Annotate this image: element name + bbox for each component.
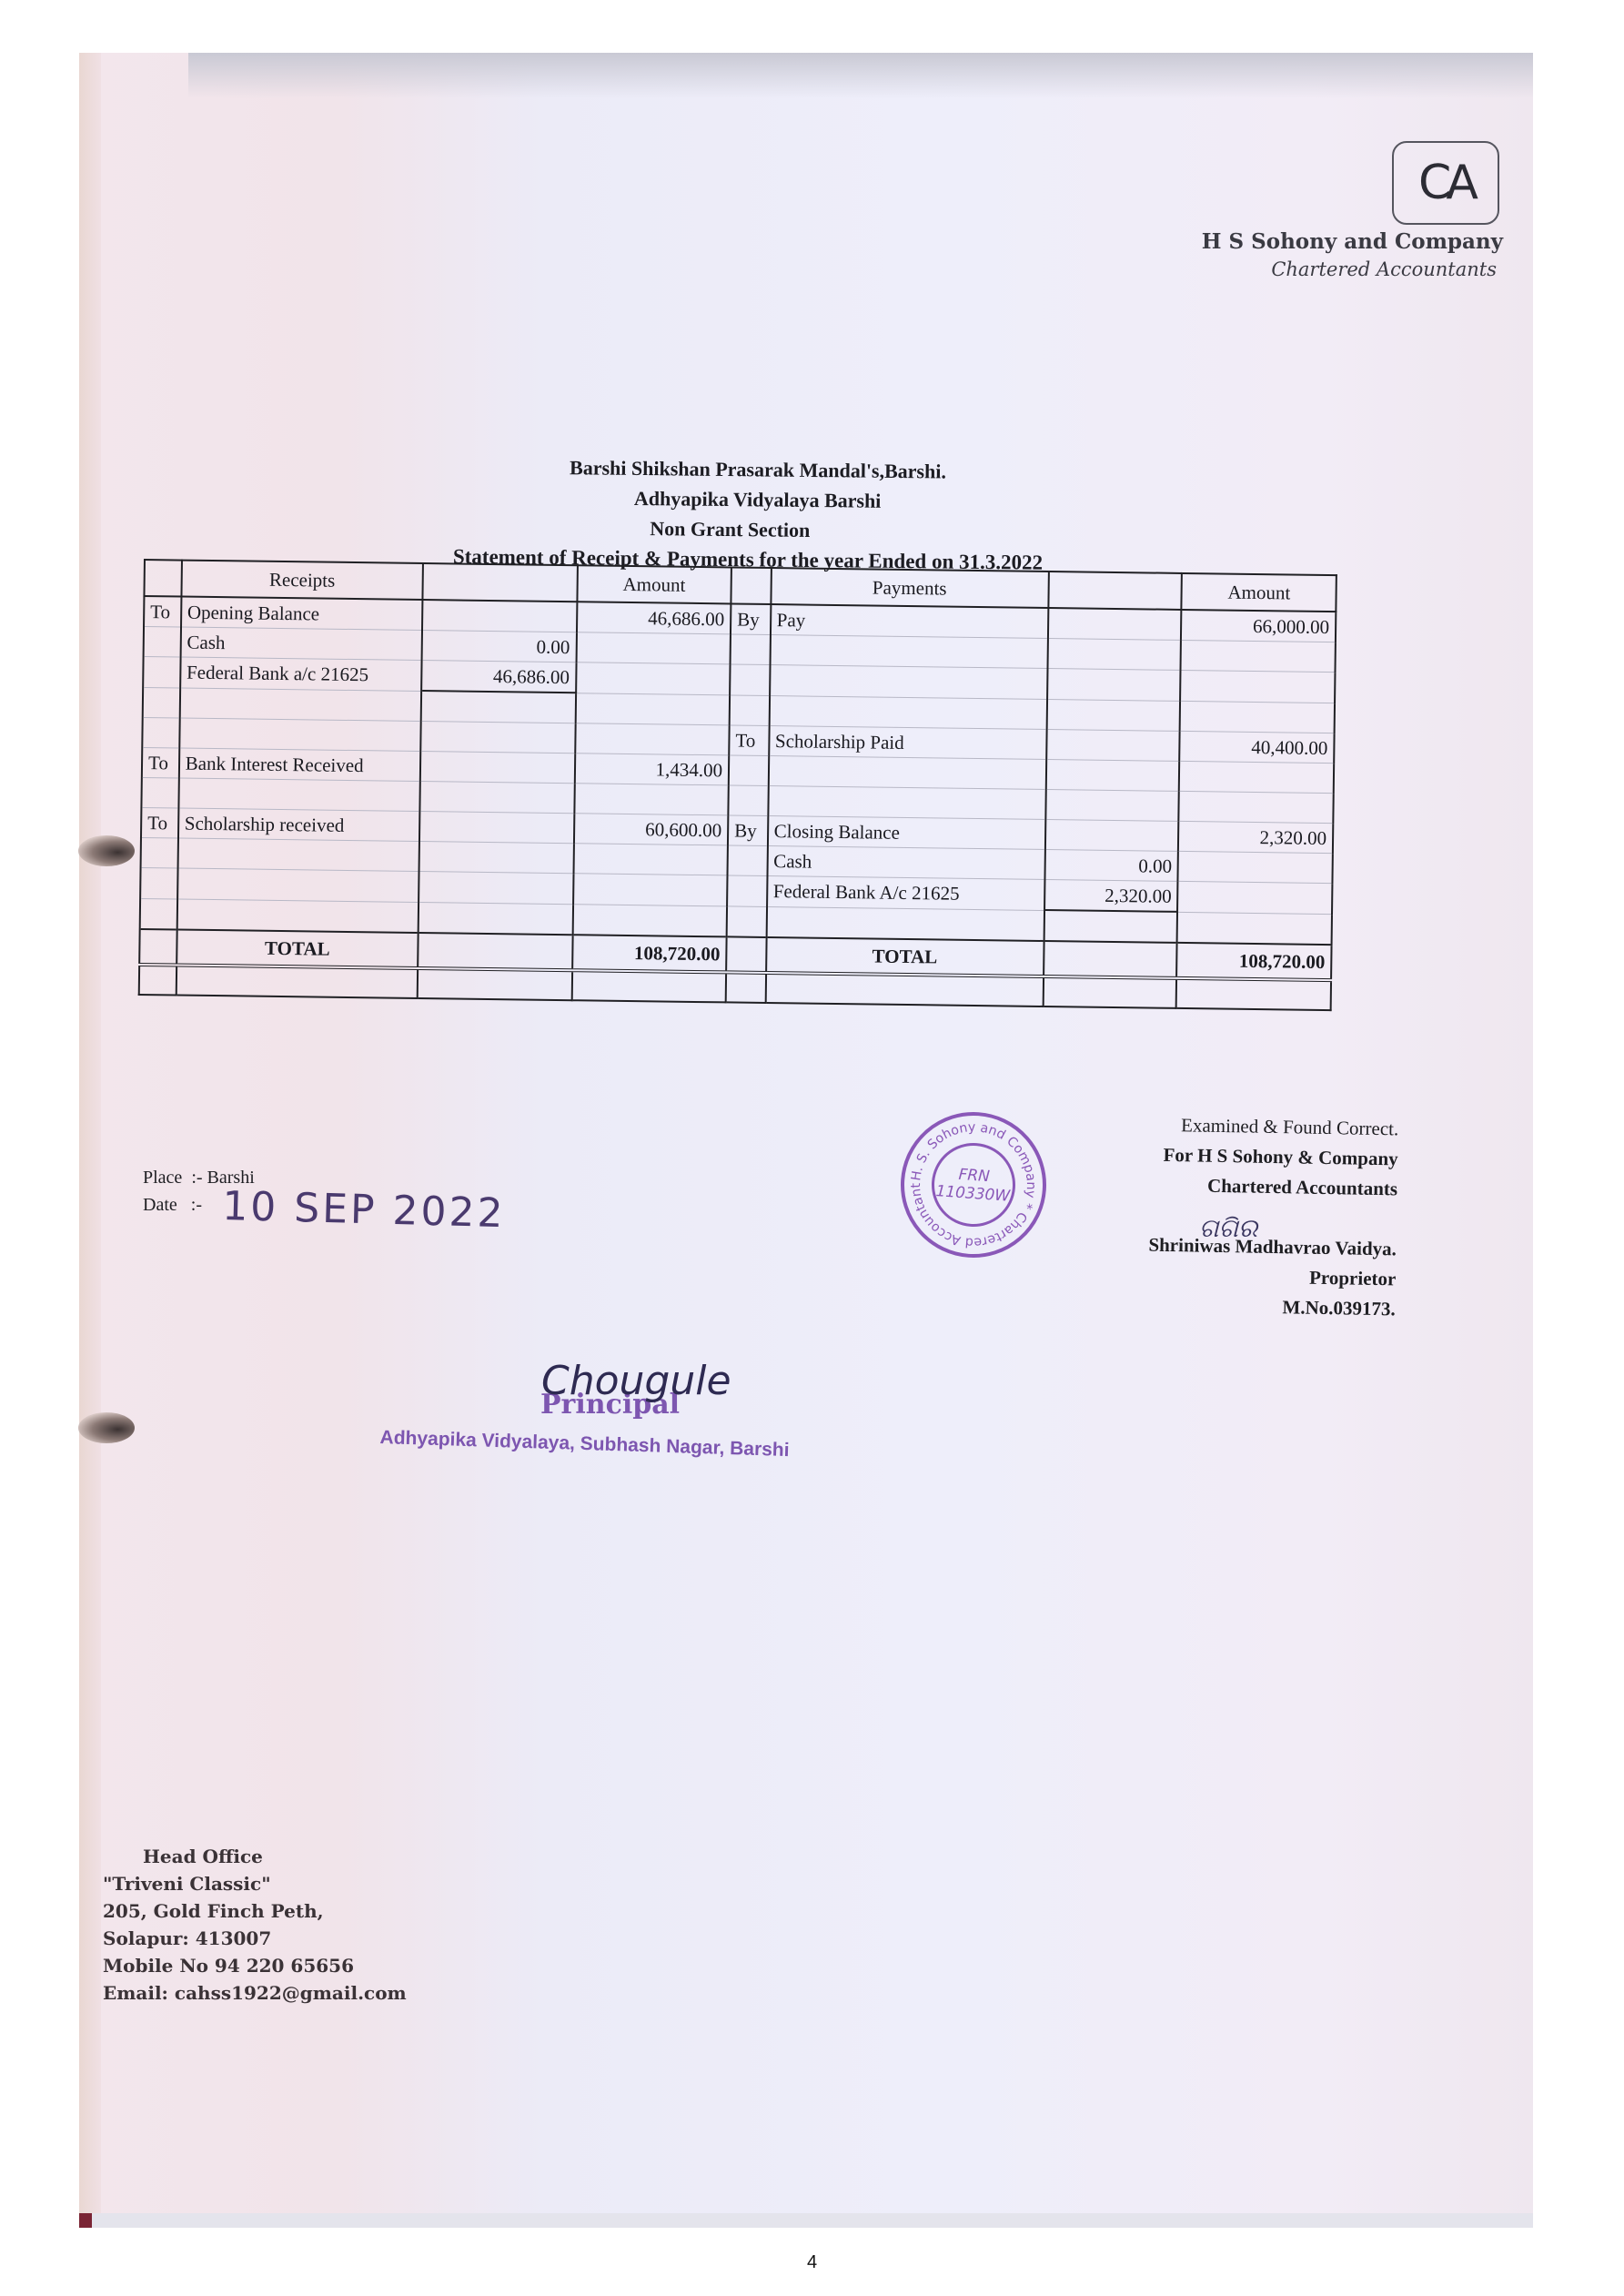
- payment-label: Closing Balance: [767, 816, 1044, 850]
- payment-label: Pay: [771, 604, 1048, 638]
- payment-sub-amount: [1045, 760, 1179, 792]
- total-cell: [726, 936, 766, 973]
- receipt-amount: [572, 904, 727, 936]
- paper-shadow: [188, 53, 1533, 98]
- receipt-label: Bank Interest Received: [179, 748, 421, 781]
- paper-bottom-edge: [79, 2213, 1533, 2228]
- punch-hole-icon: [78, 1412, 135, 1443]
- payment-amount: [1177, 912, 1332, 945]
- payment-amount: [1179, 761, 1334, 793]
- date-label: Date: [143, 1195, 177, 1215]
- receipts-total-label: TOTAL: [177, 930, 419, 968]
- receipt-amount: [575, 693, 730, 725]
- receipt-sub-amount: [419, 841, 574, 873]
- receipt-amount: [574, 784, 729, 815]
- receipt-label: [178, 778, 420, 811]
- receipt-prefix: [141, 777, 178, 808]
- header-receipts-amount: Amount: [577, 565, 731, 603]
- seal-frn-label: FRN: [958, 1166, 991, 1186]
- payment-amount: [1179, 791, 1334, 823]
- header-cell: [144, 560, 181, 597]
- head-office-address: Head Office "Triveni Classic" 205, Gold …: [103, 1843, 407, 2007]
- footer-cell: [765, 973, 1043, 1006]
- auditor-line-examined: Examined & Found Correct.: [1150, 1110, 1398, 1145]
- receipt-sub-amount: 46,686.00: [421, 661, 576, 693]
- paper-edge: [79, 53, 101, 2228]
- payment-prefix: [728, 845, 768, 876]
- payment-prefix: [727, 875, 767, 906]
- head-office-email: Email: cahss1922@gmail.com: [103, 1979, 407, 2007]
- receipt-sub-amount: [422, 600, 577, 632]
- receipt-sub-amount: [420, 752, 575, 784]
- header-payments: Payments: [771, 568, 1049, 608]
- receipt-sub-amount: [419, 811, 574, 843]
- ca-logo-icon: CA: [1392, 141, 1499, 225]
- punch-hole-icon: [78, 835, 135, 866]
- firm-name: H S Sohony and Company: [1202, 229, 1503, 254]
- head-office-line: "Triveni Classic": [103, 1870, 407, 1897]
- date-stamp: 10 SEP 2022: [222, 1183, 506, 1237]
- receipt-prefix: To: [144, 596, 181, 627]
- payment-amount: 40,400.00: [1180, 731, 1335, 763]
- payment-label: [770, 635, 1047, 669]
- payment-prefix: By: [728, 815, 768, 846]
- receipt-prefix: To: [142, 747, 179, 778]
- payment-prefix: [729, 755, 769, 786]
- payment-sub-amount: [1048, 608, 1182, 640]
- auditor-line-designation: Chartered Accountants: [1149, 1170, 1397, 1205]
- payment-label: [768, 756, 1045, 790]
- payment-amount: [1181, 640, 1336, 672]
- receipt-label: [177, 899, 419, 933]
- payment-sub-amount: [1045, 789, 1179, 821]
- receipt-amount: [575, 723, 730, 755]
- binder-marker: [79, 2213, 92, 2228]
- receipt-prefix: [143, 657, 180, 688]
- auditor-membership: M.No.039173.: [1147, 1290, 1396, 1325]
- payment-label: [766, 906, 1044, 941]
- payment-prefix: [727, 905, 767, 937]
- footer-cell: [418, 968, 572, 1000]
- head-office-line: 205, Gold Finch Peth,: [103, 1897, 407, 1925]
- payment-sub-amount: [1044, 910, 1177, 943]
- receipt-amount: [573, 874, 728, 906]
- receipt-prefix: To: [141, 807, 178, 838]
- header-payments-amount: Amount: [1182, 573, 1337, 612]
- page-number: 4: [0, 2252, 1624, 2273]
- payment-sub-amount: 0.00: [1044, 849, 1178, 881]
- receipt-label: Opening Balance: [181, 597, 423, 631]
- receipt-label: [177, 868, 419, 902]
- auditor-signature: ଗଗିର: [1199, 1213, 1257, 1244]
- auditor-seal: H. S. Sohony and Company * Chartered Acc…: [896, 1108, 1052, 1263]
- total-cell: [1044, 941, 1177, 978]
- payment-sub-amount: 2,320.00: [1044, 879, 1178, 911]
- footer-cell: [176, 966, 418, 998]
- receipt-label: [177, 838, 419, 871]
- principal-signature: Chougule: [541, 1358, 731, 1404]
- auditor-name: Shriniwas Madhavrao Vaidya.: [1148, 1230, 1397, 1265]
- payment-amount: [1178, 851, 1333, 883]
- receipts-payments-table: Receipts Amount Payments Amount ToOpenin…: [138, 559, 1337, 1011]
- payment-prefix: [730, 664, 770, 695]
- total-cell: [139, 929, 177, 966]
- receipt-amount: 60,600.00: [574, 814, 729, 845]
- total-cell: [418, 933, 572, 970]
- header-receipts: Receipts: [181, 561, 423, 600]
- receipt-amount: 46,686.00: [577, 602, 731, 634]
- payment-label: [770, 665, 1047, 699]
- payment-label: Federal Bank A/c 21625: [767, 875, 1044, 909]
- receipt-amount: [576, 663, 731, 695]
- payment-amount: [1180, 701, 1335, 733]
- head-office-title: Head Office: [103, 1843, 407, 1870]
- payment-prefix: By: [731, 603, 771, 634]
- receipt-label: Scholarship received: [178, 808, 420, 841]
- payment-prefix: [730, 694, 770, 725]
- receipt-amount: [573, 844, 728, 875]
- receipt-sub-amount: [420, 781, 575, 813]
- receipt-sub-amount: [420, 722, 575, 754]
- payment-sub-amount: [1046, 730, 1180, 762]
- auditor-line-firm: For H S Sohony & Company: [1149, 1140, 1397, 1175]
- payment-label: [768, 786, 1045, 820]
- footer-cell: [571, 970, 726, 1002]
- receipt-label: Federal Bank a/c 21625: [180, 657, 422, 691]
- header-cell: [423, 563, 578, 602]
- head-office-line: Solapur: 413007: [103, 1925, 407, 1952]
- receipt-label: [179, 688, 421, 722]
- receipt-label: [179, 718, 421, 751]
- receipt-amount: 1,434.00: [574, 754, 729, 785]
- receipt-prefix: [142, 717, 179, 748]
- receipt-prefix: [144, 627, 181, 658]
- receipt-amount: [576, 632, 731, 664]
- header-cell: [1048, 571, 1182, 610]
- place-label: Place: [143, 1168, 182, 1188]
- header-cell: [731, 567, 771, 604]
- date-line: Date :-: [143, 1195, 202, 1216]
- payment-sub-amount: [1047, 669, 1181, 701]
- firm-subtitle: Chartered Accountants: [1271, 258, 1497, 280]
- payment-amount: [1181, 670, 1336, 703]
- signature-space: [1148, 1200, 1397, 1235]
- payments-total-label: TOTAL: [766, 937, 1044, 976]
- receipts-total: 108,720.00: [572, 935, 727, 972]
- receipt-label: Cash: [180, 627, 422, 660]
- payment-sub-amount: [1046, 699, 1180, 731]
- footer-cell: [726, 972, 766, 1003]
- receipt-sub-amount: [419, 902, 573, 935]
- payment-label: [769, 695, 1046, 729]
- payment-sub-amount: [1047, 639, 1181, 671]
- payment-sub-amount: [1044, 819, 1178, 851]
- payment-prefix: [728, 785, 768, 816]
- payment-prefix: [731, 634, 771, 665]
- head-office-mobile: Mobile No 94 220 65656: [103, 1952, 407, 1979]
- receipt-sub-amount: [421, 691, 576, 723]
- footer-cell: [139, 965, 177, 996]
- receipt-prefix: [143, 687, 180, 718]
- payment-amount: 2,320.00: [1178, 821, 1333, 853]
- payment-label: Scholarship Paid: [769, 726, 1046, 760]
- receipt-prefix: [140, 898, 177, 930]
- payment-label: Cash: [767, 845, 1044, 879]
- auditor-role: Proprietor: [1147, 1260, 1396, 1295]
- date-separator: :-: [191, 1195, 202, 1215]
- receipt-sub-amount: 0.00: [422, 631, 577, 663]
- payment-amount: [1177, 881, 1332, 914]
- payments-total: 108,720.00: [1177, 943, 1332, 980]
- footer-cell: [1176, 978, 1331, 1010]
- receipt-prefix: [141, 837, 178, 868]
- seal-frn-number: 110330W: [935, 1182, 1011, 1206]
- receipt-sub-amount: [419, 871, 573, 904]
- footer-cell: [1043, 976, 1176, 1008]
- payment-prefix: To: [729, 725, 769, 756]
- auditor-certification: Examined & Found Correct. For H S Sohony…: [1147, 1110, 1398, 1325]
- receipt-prefix: [140, 867, 177, 898]
- payment-amount: 66,000.00: [1181, 610, 1336, 642]
